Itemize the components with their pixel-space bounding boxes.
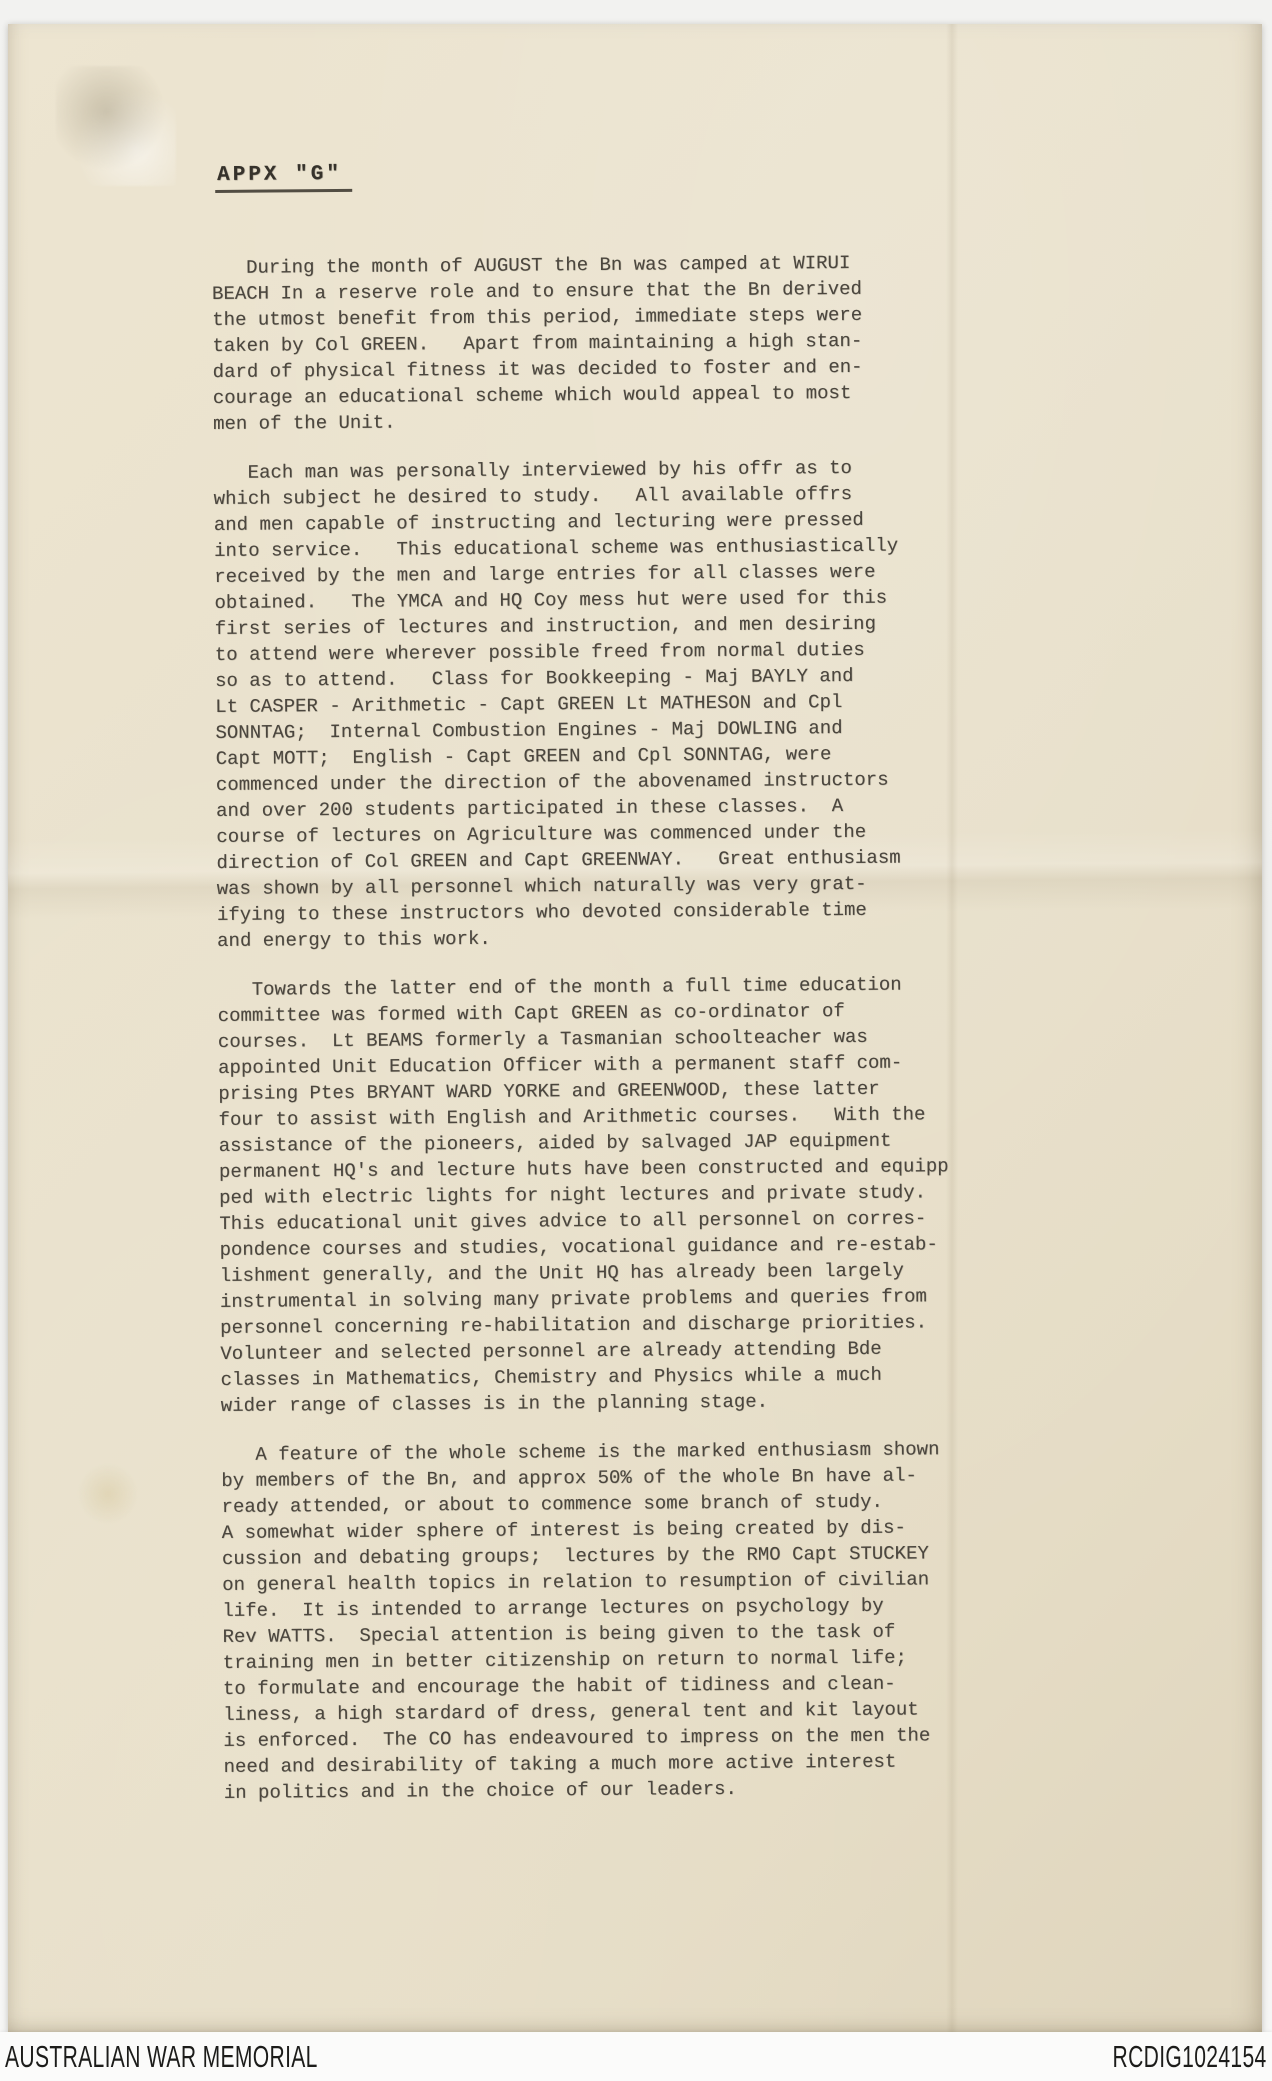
document-paragraph: Towards the latter end of the month a fu… [217, 971, 980, 1419]
viewer-footer: AUSTRALIAN WAR MEMORIAL RCDIG1024154 [0, 2032, 1272, 2081]
institution-label: AUSTRALIAN WAR MEMORIAL [5, 2039, 318, 2075]
document-paragraph: During the month of AUGUST the Bn was ca… [212, 249, 973, 437]
document-paragraph: Each man was personally interviewed by h… [213, 454, 977, 954]
document-paragraph: A feature of the whole scheme is the mar… [221, 1436, 984, 1806]
document-title: APPX "G" [215, 163, 352, 193]
scanned-document-page: APPX "G" During the month of AUGUST the … [8, 24, 1262, 2033]
paper-crease [56, 66, 176, 186]
typewritten-text-block: APPX "G" During the month of AUGUST the … [211, 158, 984, 1829]
document-viewer: APPX "G" During the month of AUGUST the … [0, 0, 1272, 2081]
paper-stain [78, 1459, 138, 1529]
reference-id: RCDIG1024154 [1113, 2039, 1267, 2075]
